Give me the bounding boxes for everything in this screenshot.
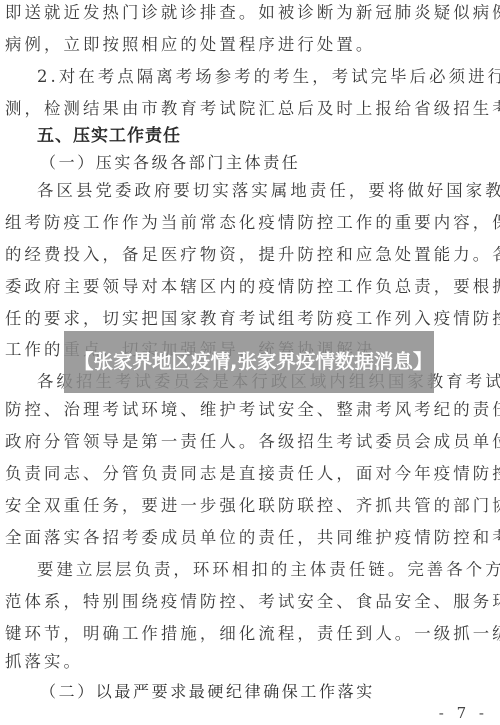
paragraph-line: 的经费投入，备足医疗物资，提升防控和应急处置能力。各区县党 — [5, 245, 495, 265]
paragraph-line: 政府分管领导是第一责任人。各级招生考试委员会成员单位的主要 — [5, 432, 495, 452]
paragraph-line: 组考防疫工作作为当前常态化疫情防控工作的重要内容，保障必要 — [5, 213, 495, 233]
paragraph-line: 要建立层层负责，环环相扣的主体责任链。完善各个方面的防 — [37, 560, 495, 580]
paragraph-line: 安全双重任务，要进一步强化联防联控、齐抓共管的部门协作机制， — [5, 496, 495, 516]
subsection-heading: （二）以最严要求最硬纪律确保工作落实 — [40, 682, 375, 702]
text-line: 2.对在考点隔离考场参考的考生，考试完毕后必须进行核酸检 — [37, 67, 495, 87]
paragraph-line: 任的要求，切实把国家教育考试组考防疫工作列入疫情防控和安全 — [5, 309, 495, 329]
text-line: 即送就近发热门诊就诊排查。如被诊断为新冠肺炎疑似病例或确诊 — [5, 3, 495, 23]
paragraph-line: 范体系，特别围绕疫情防控、考试安全、食品安全、服务环境等关 — [5, 592, 495, 612]
title-banner: 【张家界地区疫情,张家界疫情数据消息】 — [64, 331, 434, 393]
text-line: 测，检测结果由市教育考试院汇总后及时上报给省级招生考试机构。 — [5, 99, 495, 119]
paragraph-line: 抓落实。 — [5, 652, 495, 672]
text-line: 病例，立即按照相应的处置程序进行处置。 — [5, 35, 495, 55]
paragraph-line: 键环节，明确工作措施，细化流程，责任到人。一级抓一级，层层 — [5, 624, 495, 644]
paragraph-line: 防控、治理考试环境、维护考试安全、整肃考风考纪的责任主体。 — [5, 400, 495, 420]
banner-title: 【张家界地区疫情,张家界疫情数据消息】 — [74, 348, 424, 376]
paragraph-line: 负责同志、分管负责同志是直接责任人，面对今年疫情防控和考试 — [5, 464, 495, 484]
page-number: - 7 - — [439, 704, 488, 722]
paragraph-line: 各区县党委政府要切实落实属地责任，要将做好国家教育考试 — [37, 181, 495, 201]
section-heading: 五、压实工作责任 — [37, 126, 181, 146]
paragraph-line: 全面落实各招考委成员单位的责任，共同维护疫情防控和考试秩序。 — [5, 528, 495, 548]
subsection-heading: （一）压实各级各部门主体责任 — [40, 153, 300, 173]
paragraph-line: 委政府主要领导对本辖区内的疫情防控工作负总责，要根据主体责 — [5, 277, 495, 297]
